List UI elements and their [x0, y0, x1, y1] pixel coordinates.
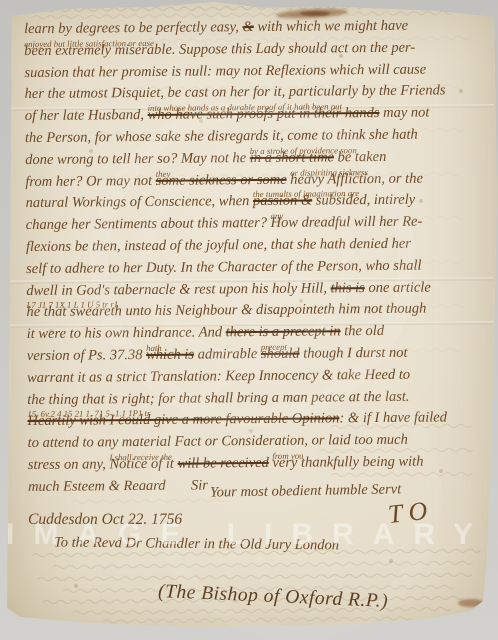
letter-text: from her? Or may not — [25, 172, 155, 189]
letter-text: change her Sentiments about this matter? — [26, 215, 271, 233]
letter-text: suasion that her promise is null: may no… — [24, 61, 426, 81]
letter-text: stress on any, — [28, 456, 110, 473]
letter-text: How dreadful will her Re- — [271, 214, 423, 231]
letter-text: the Person, for whose sake she disregard… — [25, 127, 418, 146]
letter-text: one article — [365, 279, 431, 296]
watermark-text: IMAGE LIBRARY — [0, 518, 498, 552]
letter-body: learn by degrees to be perfectly easy, &… — [24, 15, 496, 491]
letter-text: admirable — [194, 346, 261, 363]
struck-text: will be received — [177, 455, 268, 472]
letter-text: flexions be then, instead of the joyful … — [26, 236, 411, 255]
letter-text: dwell in God's tabernacle & rest upon hi… — [26, 280, 330, 299]
letter-text: may not — [379, 105, 429, 121]
letter-text: self to adhere to her Duty. In the Chara… — [26, 257, 421, 276]
letter-text: though I durst not — [299, 345, 407, 362]
ink-stain — [300, 11, 330, 16]
letter-text: with which we might have — [254, 18, 408, 35]
letter-text: done wrong to tell her so? May not he — [25, 150, 250, 168]
struck-text: & — [242, 19, 253, 35]
letter-text: her the utmost Disquiet, be cast on her … — [25, 83, 446, 103]
letter-text: the old — [340, 323, 384, 339]
letter-text: of her late Husband, — [25, 107, 148, 124]
letter-line: L7 J1 7 1X 1 L 1 U 5 tr r1he that sweare… — [26, 298, 494, 324]
letter-line: 15. 6v.2 4 15 21 1. 71 5- 1.1 1P1 trHear… — [27, 407, 495, 433]
struck-text: there is a precept in — [226, 323, 341, 340]
letter-text: the thing that is right; for that shall … — [27, 388, 409, 407]
struck-text: this is — [330, 280, 364, 296]
ink-stain — [458, 599, 484, 607]
letter-text: : & if I have failed — [339, 410, 447, 427]
letter-text: much Esteem & Regard Sir — [28, 477, 208, 491]
scan-background: learn by degrees to be perfectly easy, &… — [0, 0, 498, 640]
letter-text: version of Ps. 37.38 — [27, 347, 146, 364]
closing-line: Your most obedient humble Servt — [210, 481, 401, 501]
letter-text: natural Workings of Conscience, when — [25, 193, 253, 211]
letter-text: warrant it as a strict Translation: Keep… — [27, 366, 410, 385]
letter-text: it were to his own hindrance. And — [27, 324, 226, 342]
letter-line: of her late Husband, into whose hands as… — [25, 102, 493, 128]
paper-foxing-speckles — [0, 0, 2, 2]
letter-text: learn by degrees to be perfectly easy, — [24, 19, 243, 37]
letter-text: to attend to any material Fact or Consid… — [28, 432, 408, 451]
struck-text: some sickness or some — [156, 171, 287, 188]
